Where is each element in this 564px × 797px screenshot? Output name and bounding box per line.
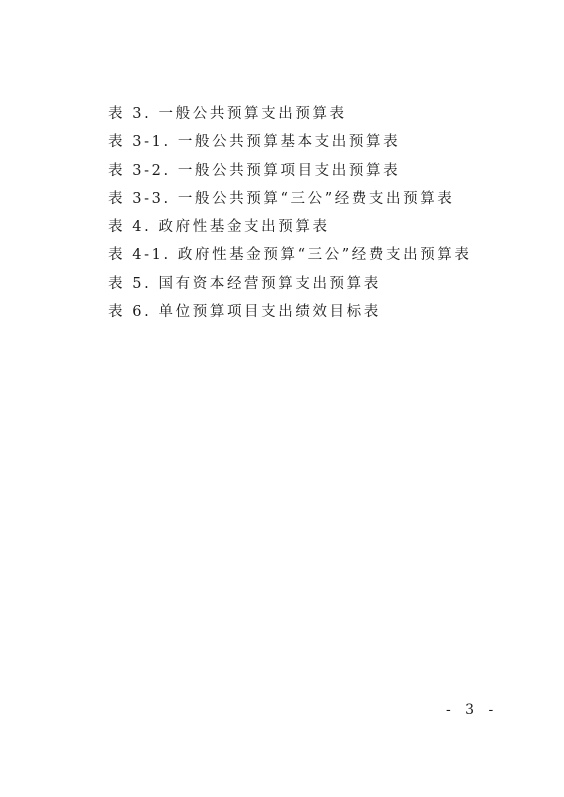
- list-item: 表 4. 政府性基金支出预算表: [108, 213, 472, 241]
- list-item: 表 5. 国有资本经营预算支出预算表: [108, 270, 472, 298]
- page-number: - 3 -: [446, 702, 498, 718]
- list-item: 表 4-1. 政府性基金预算“三公”经费支出预算表: [108, 241, 472, 269]
- list-item: 表 3-2. 一般公共预算项目支出预算表: [108, 157, 472, 185]
- list-item: 表 3-3. 一般公共预算“三公”经费支出预算表: [108, 185, 472, 213]
- list-item: 表 3-1. 一般公共预算基本支出预算表: [108, 128, 472, 156]
- list-item: 表 3. 一般公共预算支出预算表: [108, 100, 472, 128]
- table-list: 表 3. 一般公共预算支出预算表 表 3-1. 一般公共预算基本支出预算表 表 …: [108, 100, 472, 326]
- document-page: 表 3. 一般公共预算支出预算表 表 3-1. 一般公共预算基本支出预算表 表 …: [0, 0, 564, 797]
- list-item: 表 6. 单位预算项目支出绩效目标表: [108, 298, 472, 326]
